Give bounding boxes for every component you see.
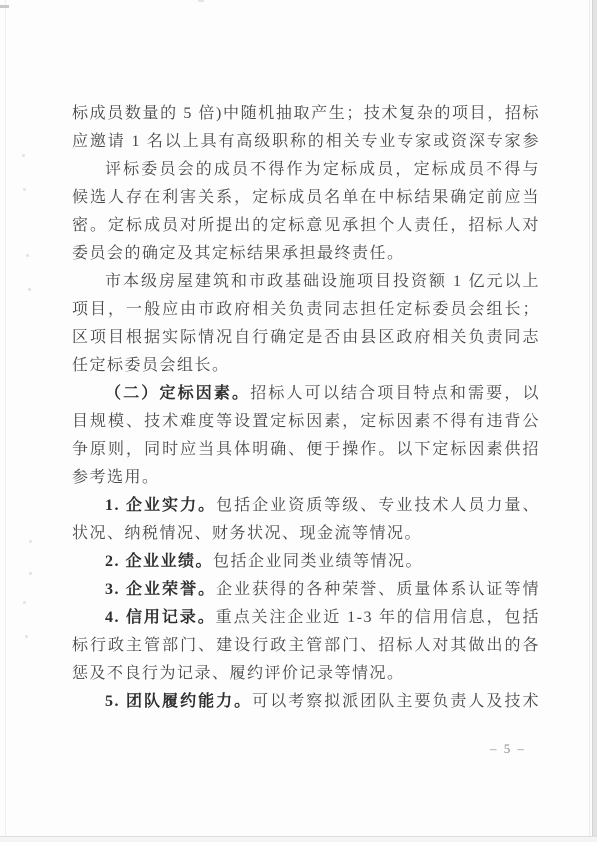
doc-line: 标行政主管部门、建设行政主管部门、招标人对其做出的各种奖 [72,632,540,660]
doc-line: 2. 企业业绩。包括企业同类业绩等情况。 [72,548,540,576]
doc-line: 1. 企业实力。包括企业资质等级、专业技术人员力量、营业 [72,492,540,520]
doc-line: 任定标委员会组长。 [72,352,540,380]
page-edge-bottom-shadow [0,837,597,842]
scan-margin-noise [22,154,25,157]
doc-line: 市本级房屋建筑和市政基础设施项目投资额 1 亿元以上的 [72,268,540,296]
page-edge-right-shadow [592,0,597,842]
doc-line: 评标委员会的成员不得作为定标成员，定标成员不得与中标 [72,156,540,184]
doc-line: 惩及不良行为记录、履约评价记录等情况。 [72,660,540,688]
scanned-document-page: 标成员数量的 5 倍)中随机抽取产生；技术复杂的项目，招标人 应邀请 1 名以上… [0,0,597,842]
doc-line: 项目，一般应由市政府相关负责同志担任定标委员会组长；各县 [72,296,540,324]
page-number: – 5 – [490,741,526,757]
doc-line: 区项目根据实际情况自行确定是否由县区政府相关负责同志担 [72,324,540,352]
doc-line: 5. 团队履约能力。可以考察拟派团队主要负责人及技术负责 [72,688,540,716]
doc-line: （二）定标因素。招标人可以结合项目特点和需要，以及项 [72,380,540,408]
doc-line: 标成员数量的 5 倍)中随机抽取产生；技术复杂的项目，招标人 [72,100,540,128]
doc-line: 4. 信用记录。重点关注企业近 1-3 年的信用信息，包括招投 [72,604,540,632]
doc-line: 密。定标成员对所提出的定标意见承担个人责任，招标人对定标 [72,212,540,240]
page-edge-right-line [589,0,590,842]
doc-line: 委员会的确定及其定标结果承担最终责任。 [72,240,540,268]
doc-line: 应邀请 1 名以上具有高级职称的相关专业专家或资深专家参与。 [72,128,540,156]
doc-line: 3. 企业荣誉。企业获得的各种荣誉、质量体系认证等情况。 [72,576,540,604]
scan-speck [198,0,204,2]
document-body: 标成员数量的 5 倍)中随机抽取产生；技术复杂的项目，招标人 应邀请 1 名以上… [72,100,540,716]
doc-line: 争原则，同时应当具体明确、便于操作。以下定标因素供招标人 [72,436,540,464]
doc-line: 状况、纳税情况、财务状况、现金流等情况。 [72,520,540,548]
scan-corner-mark [0,5,9,8]
doc-line: 候选人存在利害关系，定标成员名单在中标结果确定前应当保 [72,184,540,212]
doc-line: 参考选用。 [72,464,540,492]
doc-line: 目规模、技术难度等设置定标因素，定标因素不得有违背公平竞 [72,408,540,436]
page-edge-left-line [5,0,6,842]
